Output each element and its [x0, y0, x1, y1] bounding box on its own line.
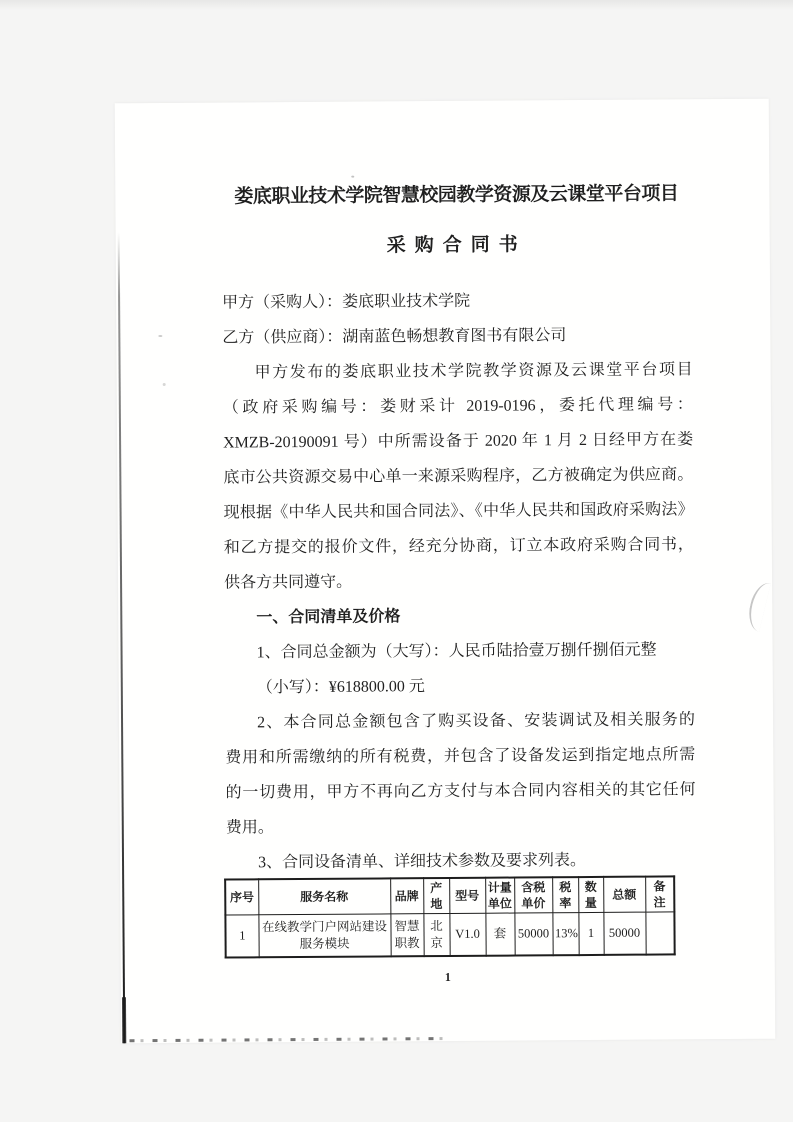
intro-line: 供各方共同遵守。 — [224, 562, 694, 600]
table-row: 1 在线教学门户网站建设服务模块 智慧职教 北京 V1.0 套 50000 13… — [225, 912, 674, 957]
col-header-price: 含税单价 — [514, 877, 552, 913]
intro-line: XMZB-20190091 号）中所需设备于 2020 年 1 月 2 日经甲方… — [223, 422, 693, 460]
col-header-service: 服务名称 — [258, 878, 390, 915]
col-header-unit: 计量单位 — [485, 878, 514, 914]
document-title-line1: 娄底职业技术学院智慧校园教学资源及云课堂平台项目 — [221, 181, 691, 210]
intro-line: （政府采购编号：娄财采计 2019-0196，委托代理编号： — [223, 387, 693, 425]
clause-line: 1、合同总金额为（大写）：人民币陆拾壹万捌仟捌佰元整 — [224, 632, 694, 670]
clause-line: 的一切费用，甲方不再向乙方支付与本合同内容相关的其它任何 — [225, 772, 695, 810]
col-header-origin: 产地 — [423, 878, 449, 914]
clause-line: 费用和所需缴纳的所有税费，并包含了设备发运到指定地点所需 — [225, 737, 695, 775]
contract-intro: 甲方（采购人）：娄底职业技术学院 乙方（供应商）：湖南蓝色畅想教育图书有限公司 … — [222, 282, 694, 600]
party-a-line: 甲方（采购人）：娄底职业技术学院 — [222, 282, 692, 320]
col-header-taxrate: 税率 — [552, 877, 578, 913]
col-header-brand: 品牌 — [390, 878, 423, 914]
cell-service: 在线教学门户网站建设服务模块 — [258, 914, 390, 957]
cell-seq: 1 — [225, 915, 258, 957]
cell-origin: 北京 — [423, 914, 449, 956]
scan-left-edge-bottom-artifact — [122, 997, 126, 1043]
intro-line: 现根据《中华人民共和国合同法》、《中华人民共和国政府采购法》 — [223, 492, 693, 530]
cell-taxrate: 13% — [552, 913, 578, 955]
col-header-total: 总额 — [603, 877, 645, 913]
document-title-line2: 采购合同书 — [222, 231, 692, 260]
col-header-qty: 数量 — [578, 877, 603, 913]
document-content: 娄底职业技术学院智慧校园教学资源及云课堂平台项目 采购合同书 甲方（采购人）：娄… — [221, 99, 697, 958]
clause-line: 费用。 — [226, 807, 696, 845]
col-header-model: 型号 — [449, 878, 485, 914]
cell-remark — [645, 912, 674, 954]
party-b-line: 乙方（供应商）：湖南蓝色畅想教育图书有限公司 — [222, 317, 692, 355]
scan-top-shadow — [0, 0, 793, 10]
cell-brand: 智慧职教 — [390, 914, 423, 956]
scan-crease-mark — [745, 580, 771, 632]
cell-qty: 1 — [578, 913, 603, 955]
col-header-seq: 序号 — [225, 879, 258, 915]
cell-price: 50000 — [514, 913, 552, 955]
col-header-remark: 备注 — [645, 876, 674, 912]
contract-section-1: 一、合同清单及价格 1、合同总金额为（大写）：人民币陆拾壹万捌仟捌佰元整 （小写… — [224, 597, 696, 880]
table-header-row: 序号 服务名称 品牌 产地 型号 计量单位 含税单价 税率 数量 总额 备注 — [225, 876, 674, 915]
cell-model: V1.0 — [449, 914, 485, 956]
intro-line: 和乙方提交的报价文件，经充分协商，订立本政府采购合同书， — [224, 527, 694, 565]
scan-speck — [158, 335, 162, 337]
page-number: 1 — [121, 968, 775, 988]
scan-bottom-speckles — [129, 1037, 451, 1042]
clause-line: （小写）：¥618800.00 元 — [225, 667, 695, 705]
cell-unit: 套 — [485, 913, 514, 955]
scan-speck — [163, 383, 166, 386]
intro-line: 底市公共资源交易中心单一来源采购程序，乙方被确定为供应商。 — [223, 457, 693, 495]
equipment-table: 序号 服务名称 品牌 产地 型号 计量单位 含税单价 税率 数量 总额 备注 1… — [224, 875, 676, 958]
section1-heading: 一、合同清单及价格 — [224, 597, 694, 635]
scan-left-edge-artifact — [118, 232, 126, 1043]
intro-line: 甲方发布的娄底职业技术学院教学资源及云课堂平台项目 — [222, 352, 692, 390]
cell-total: 50000 — [603, 912, 645, 954]
paper-sheet: 娄底职业技术学院智慧校园教学资源及云课堂平台项目 采购合同书 甲方（采购人）：娄… — [115, 99, 776, 1044]
clause-line: 2、本合同总金额包含了购买设备、安装调试及相关服务的 — [225, 702, 695, 740]
